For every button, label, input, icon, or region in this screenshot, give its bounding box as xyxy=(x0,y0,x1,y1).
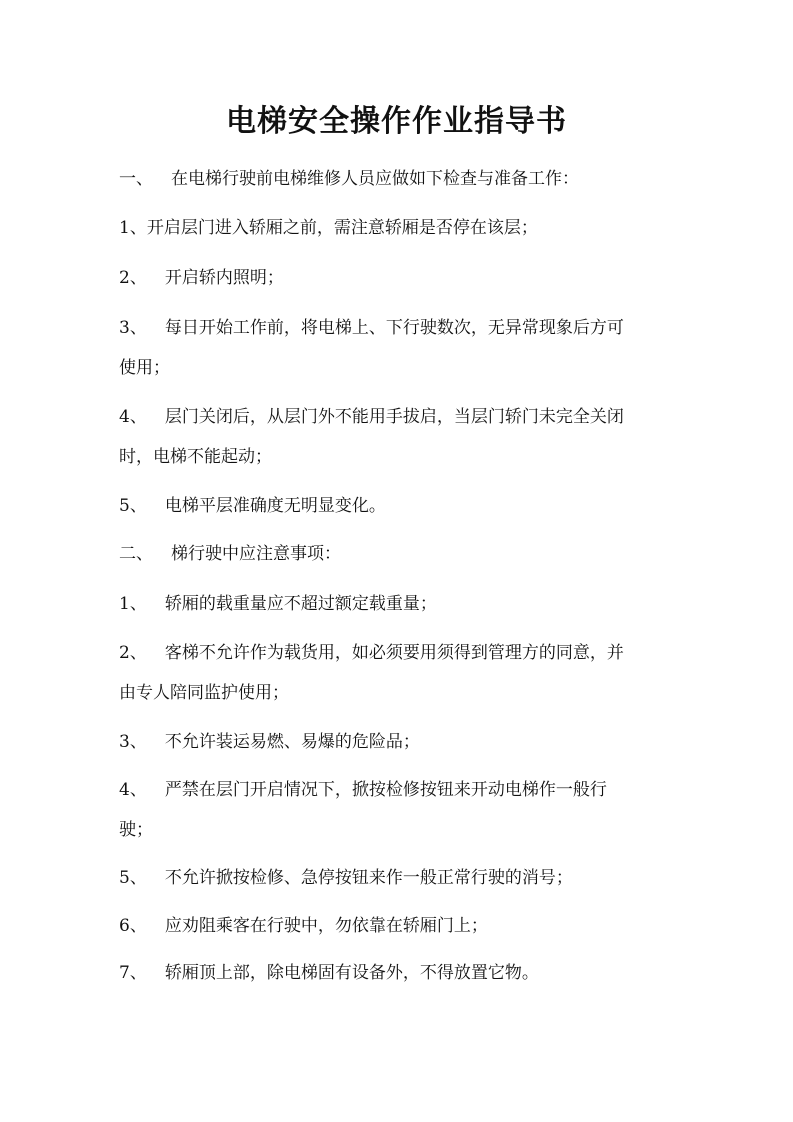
line-text: 客梯不允许作为载货用，如必须要用须得到管理方的同意，并 xyxy=(165,643,624,663)
paragraph-line: 2、开启轿内照明； xyxy=(119,267,284,289)
paragraph-line: 使用； xyxy=(119,357,170,379)
paragraph-line: 驶； xyxy=(119,819,153,841)
list-number: 6、 xyxy=(119,915,147,937)
line-text: 层门关闭后，从层门外不能用手拔启，当层门轿门未完全关闭 xyxy=(165,407,624,427)
line-text: 电梯平层准确度无明显变化。 xyxy=(165,496,386,516)
line-text: 每日开始工作前，将电梯上、下行驶数次，无异常现象后方可 xyxy=(165,318,624,338)
line-text: 轿厢顶上部，除电梯固有设备外，不得放置它物。 xyxy=(165,963,539,983)
line-text: 开启层门进入轿厢之前，需注意轿厢是否停在该层； xyxy=(147,218,538,238)
paragraph-line: 一、在电梯行驶前电梯维修人员应做如下检查与准备工作： xyxy=(119,168,579,190)
list-number: 3、 xyxy=(119,317,147,339)
line-text: 轿厢的载重量应不超过额定载重量； xyxy=(165,594,437,614)
paragraph-line: 1、轿厢的载重量应不超过额定载重量； xyxy=(119,593,437,615)
list-number: 2、 xyxy=(119,267,147,289)
line-text: 在电梯行驶前电梯维修人员应做如下检查与准备工作： xyxy=(171,169,579,189)
line-text: 时，电梯不能起动； xyxy=(119,447,272,467)
paragraph-line: 由专人陪同监护使用； xyxy=(119,682,289,704)
document-title: 电梯安全操作作业指导书 xyxy=(0,96,793,140)
line-text: 不允许掀按检修、急停按钮来作一般正常行驶的消号； xyxy=(165,868,573,888)
line-text: 应劝阻乘客在行驶中，勿依靠在轿厢门上； xyxy=(165,916,488,936)
paragraph-line: 3、不允许装运易燃、易爆的危险品； xyxy=(119,731,420,753)
list-number: 二、 xyxy=(119,543,153,565)
paragraph-line: 6、应劝阻乘客在行驶中，勿依靠在轿厢门上； xyxy=(119,915,488,937)
line-text: 梯行驶中应注意事项： xyxy=(171,544,341,564)
paragraph-line: 5、电梯平层准确度无明显变化。 xyxy=(119,495,386,517)
list-number: 1、 xyxy=(119,593,147,615)
line-text: 开启轿内照明； xyxy=(165,268,284,288)
line-text: 由专人陪同监护使用； xyxy=(119,683,289,703)
list-number: 4、 xyxy=(119,406,147,428)
paragraph-line: 时，电梯不能起动； xyxy=(119,446,272,468)
list-number: 7、 xyxy=(119,962,147,984)
list-number: 3、 xyxy=(119,731,147,753)
paragraph-line: 3、每日开始工作前，将电梯上、下行驶数次，无异常现象后方可 xyxy=(119,317,624,339)
list-number: 2、 xyxy=(119,642,147,664)
list-number: 4、 xyxy=(119,779,147,801)
paragraph-line: 2、客梯不允许作为载货用，如必须要用须得到管理方的同意，并 xyxy=(119,642,624,664)
paragraph-line: 1、开启层门进入轿厢之前，需注意轿厢是否停在该层； xyxy=(119,217,538,239)
paragraph-line: 二、梯行驶中应注意事项： xyxy=(119,543,341,565)
line-text: 严禁在层门开启情况下，掀按检修按钮来开动电梯作一般行 xyxy=(165,780,607,800)
line-text: 不允许装运易燃、易爆的危险品； xyxy=(165,732,420,752)
paragraph-line: 5、不允许掀按检修、急停按钮来作一般正常行驶的消号； xyxy=(119,867,573,889)
line-text: 使用； xyxy=(119,358,170,378)
paragraph-line: 7、轿厢顶上部，除电梯固有设备外，不得放置它物。 xyxy=(119,962,539,984)
list-number: 1、 xyxy=(119,217,147,239)
list-number: 5、 xyxy=(119,867,147,889)
paragraph-line: 4、严禁在层门开启情况下，掀按检修按钮来开动电梯作一般行 xyxy=(119,779,607,801)
list-number: 5、 xyxy=(119,495,147,517)
line-text: 驶； xyxy=(119,820,153,840)
paragraph-line: 4、层门关闭后，从层门外不能用手拔启，当层门轿门未完全关闭 xyxy=(119,406,624,428)
list-number: 一、 xyxy=(119,168,153,190)
